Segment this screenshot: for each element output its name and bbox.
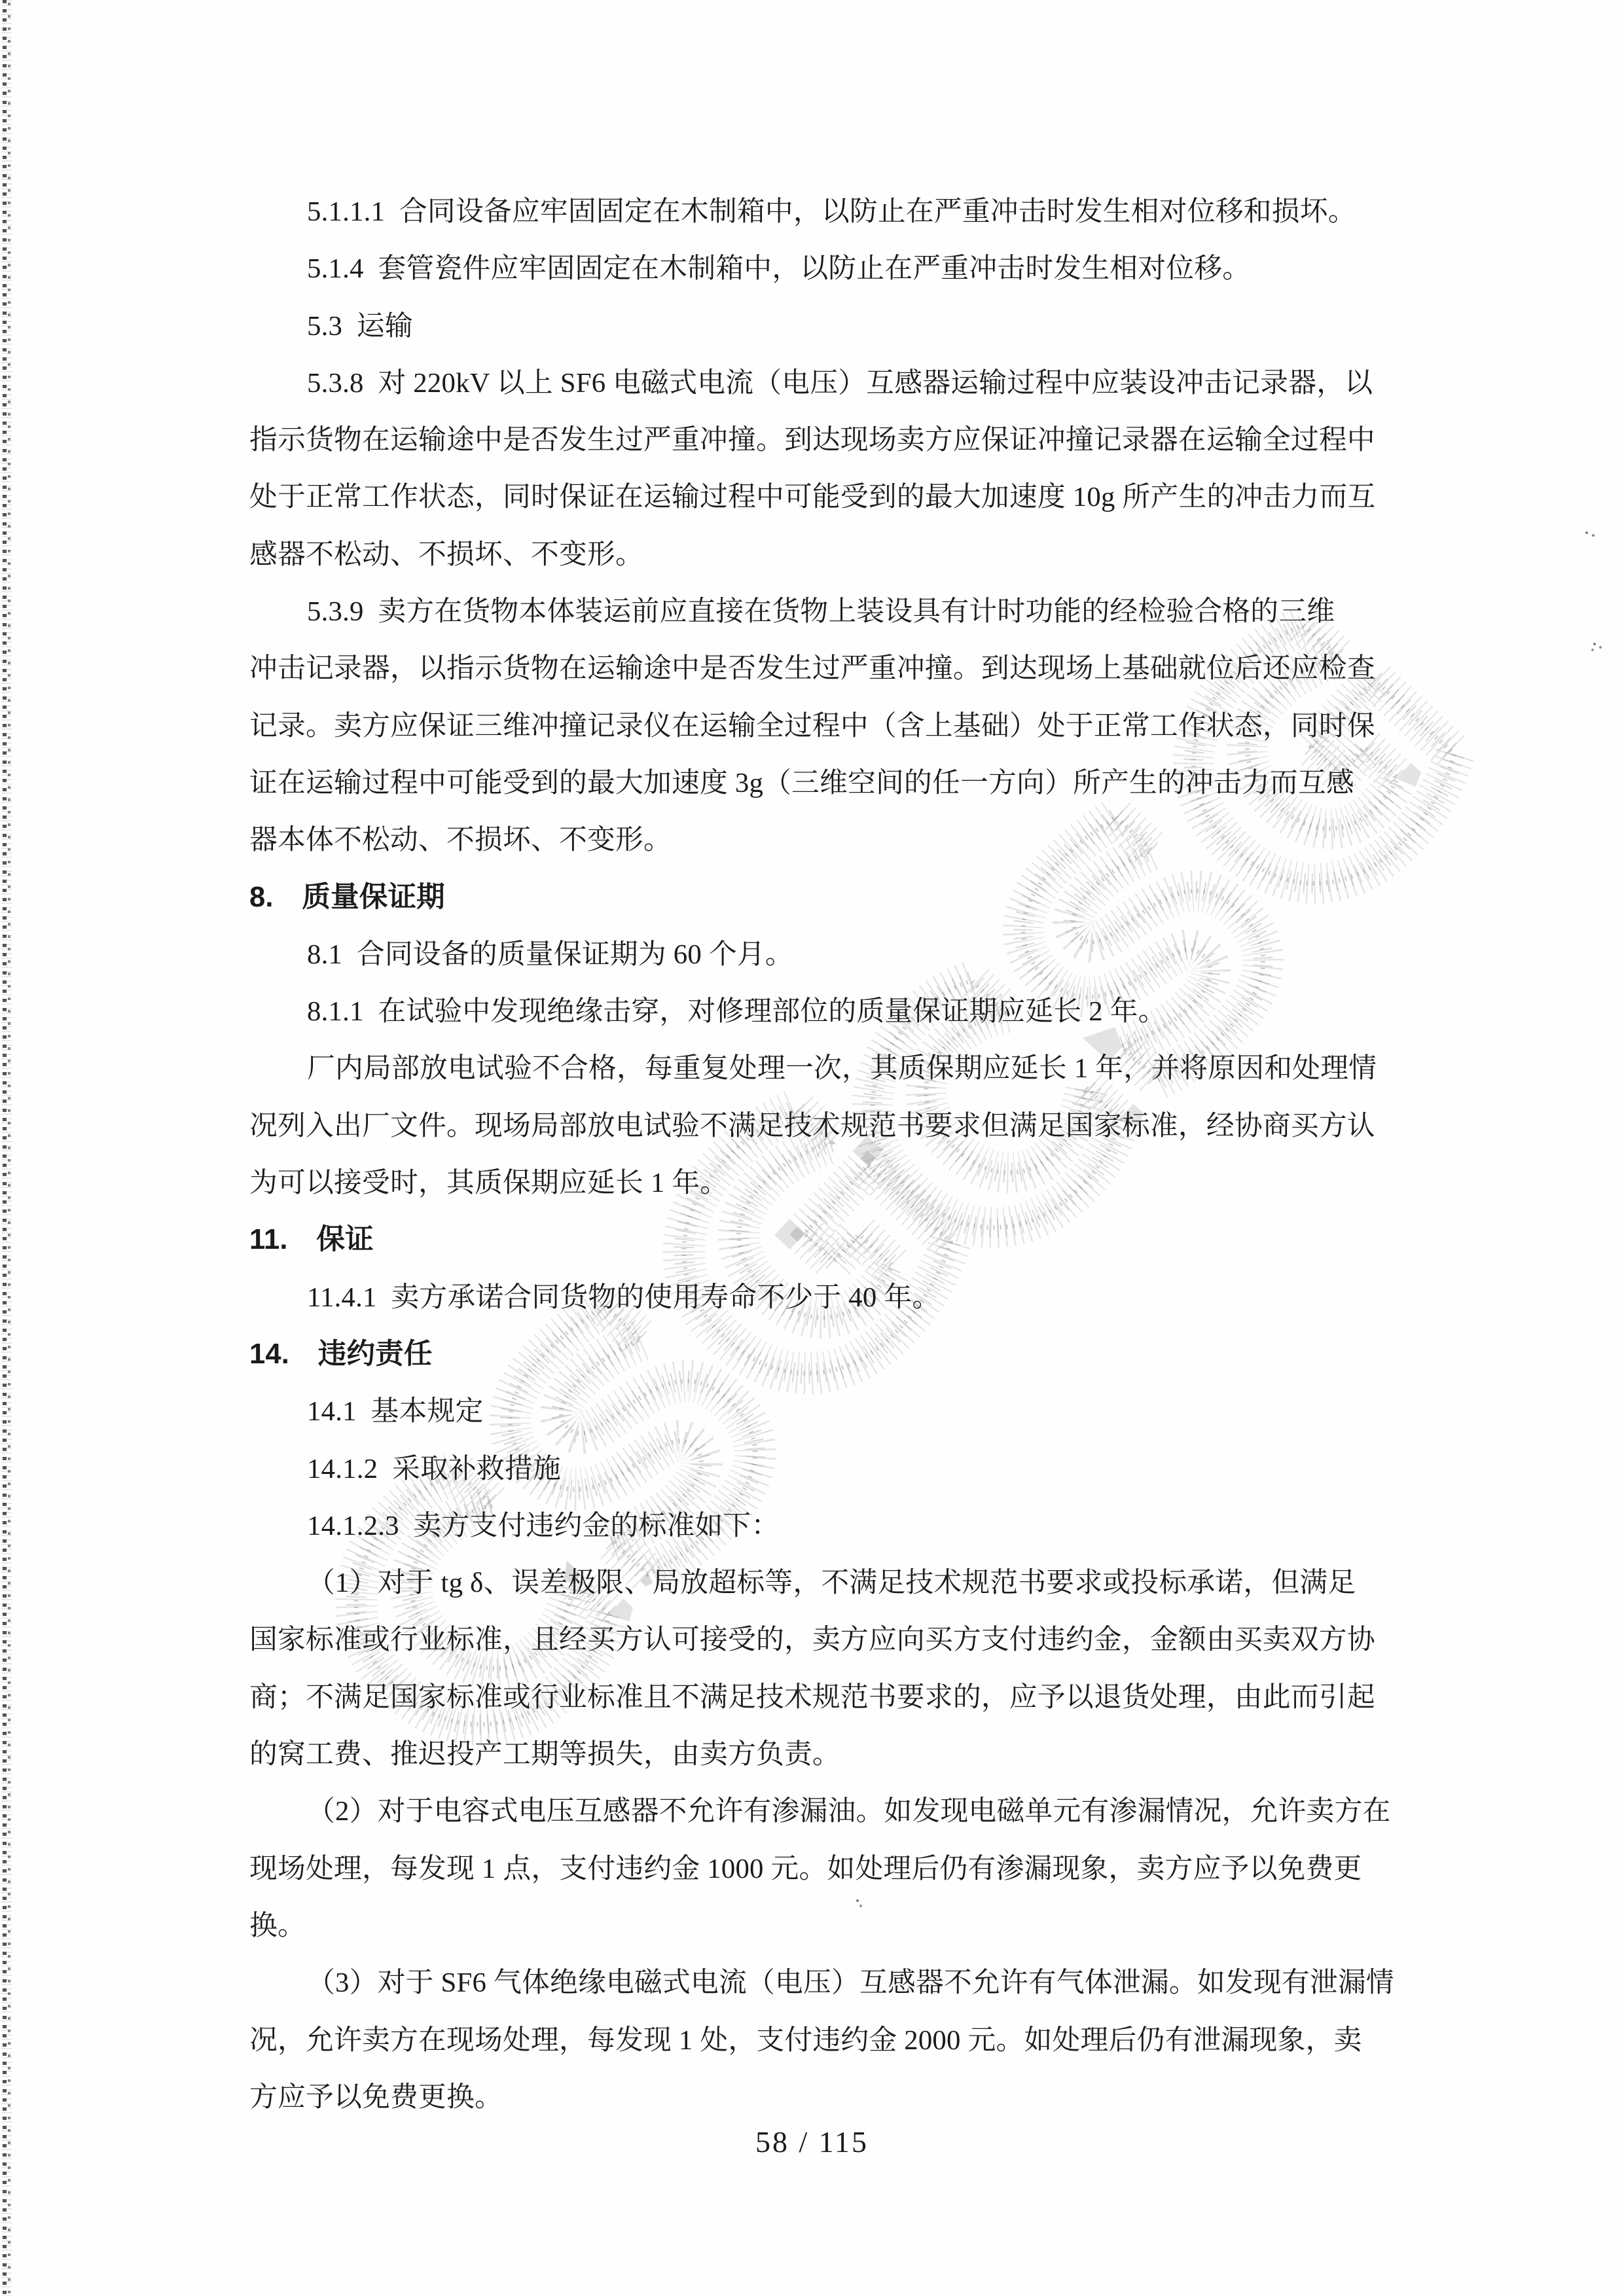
text-line: 感器不松动、不损坏、不变形。 [249, 526, 1370, 583]
text-line: （2）对于电容式电压互感器不允许有渗漏油。如发现电磁单元有渗漏情况，允许卖方在 [249, 1783, 1370, 1840]
text-line: 14.1.2.3 卖方支付违约金的标准如下： [249, 1498, 1370, 1554]
text-line: 5.1.4 套管瓷件应牢固固定在木制箱中，以防止在严重冲击时发生相对位移。 [249, 240, 1370, 297]
scan-edge-artifact [8, 0, 10, 2296]
text-line: 的窝工费、推迟投产工期等损失，由卖方负责。 [249, 1726, 1370, 1783]
text-line: 8.1 合同设备的质量保证期为 60 个月。 [249, 926, 1370, 983]
text-line: 换。 [249, 1897, 1370, 1954]
section-heading-line: 14. 违约责任 [249, 1326, 1370, 1383]
scan-speck [1585, 531, 1588, 534]
text-line: 况，允许卖方在现场处理，每发现 1 处，支付违约金 2000 元。如处理后仍有泄… [249, 2012, 1370, 2069]
text-line: 器本体不松动、不损坏、不变形。 [249, 812, 1370, 869]
text-line: 5.3 运输 [249, 298, 1370, 355]
text-line: 为可以接受时，其质保期应延长 1 年。 [249, 1155, 1370, 1211]
text-line: 14.1.2 采取补救措施 [249, 1441, 1370, 1498]
text-line: 14.1 基本规定 [249, 1383, 1370, 1440]
text-line: 厂内局部放电试验不合格，每重复处理一次，其质保期应延长 1 年，并将原因和处理情 [249, 1040, 1370, 1097]
text-line: 况列入出厂文件。现场局部放电试验不满足技术规范书要求但满足国家标准，经协商买方认 [249, 1098, 1370, 1155]
text-line: 记录。卖方应保证三维冲撞记录仪在运输全过程中（含上基础）处于正常工作状态，同时保 [249, 698, 1370, 755]
text-line: 证在运输过程中可能受到的最大加速度 3g（三维空间的任一方向）所产生的冲击力而互… [249, 755, 1370, 812]
scan-edge-artifact [3, 0, 7, 2296]
text-line: 11.4.1 卖方承诺合同货物的使用寿命不少于 40 年。 [249, 1269, 1370, 1326]
text-line: 方应予以免费更换。 [249, 2069, 1370, 2126]
text-line: 现场处理，每发现 1 点，支付违约金 1000 元。如处理后仍有渗漏现象，卖方应… [249, 1840, 1370, 1897]
text-line: 国家标准或行业标准，且经买方认可接受的，卖方应向买方支付违约金，金额由买卖双方协 [249, 1611, 1370, 1668]
section-heading-line: 8. 质量保证期 [249, 869, 1370, 926]
text-line: 处于正常工作状态，同时保证在运输过程中可能受到的最大加速度 10g 所产生的冲击… [249, 469, 1370, 526]
text-line: （1）对于 tg δ、误差极限、局放超标等，不满足技术规范书要求或投标承诺，但满… [249, 1554, 1370, 1611]
section-heading-line: 11. 保证 [249, 1211, 1370, 1268]
scanned-document-page: CSG CSG CSG CSG CSG CSG 5.1.1.1 合同设备应牢固固… [0, 0, 1624, 2296]
text-line: 5.1.1.1 合同设备应牢固固定在木制箱中，以防止在严重冲击时发生相对位移和损… [249, 183, 1370, 240]
scan-edge-artifact [1, 0, 12, 2296]
document-text-block: 5.1.1.1 合同设备应牢固固定在木制箱中，以防止在严重冲击时发生相对位移和损… [249, 183, 1370, 2126]
text-line: 指示货物在运输途中是否发生过严重冲撞。到达现场卖方应保证冲撞记录器在运输全过程中 [249, 412, 1370, 469]
text-line: 8.1.1 在试验中发现绝缘击穿，对修理部位的质量保证期应延长 2 年。 [249, 983, 1370, 1040]
scan-speck [1593, 643, 1596, 645]
text-line: 5.3.8 对 220kV 以上 SF6 电磁式电流（电压）互感器运输过程中应装… [249, 355, 1370, 412]
page-number: 58 / 115 [0, 2125, 1624, 2159]
text-line: 5.3.9 卖方在货物本体装运前应直接在货物上装设具有计时功能的经检验合格的三维 [249, 583, 1370, 640]
text-line: （3）对于 SF6 气体绝缘电磁式电流（电压）互感器不允许有气体泄漏。如发现有泄… [249, 1954, 1370, 2011]
text-line: 商；不满足国家标准或行业标准且不满足技术规范书要求的，应予以退货处理，由此而引起 [249, 1669, 1370, 1726]
text-line: 冲击记录器，以指示货物在运输途中是否发生过严重冲撞。到达现场上基础就位后还应检查 [249, 640, 1370, 697]
